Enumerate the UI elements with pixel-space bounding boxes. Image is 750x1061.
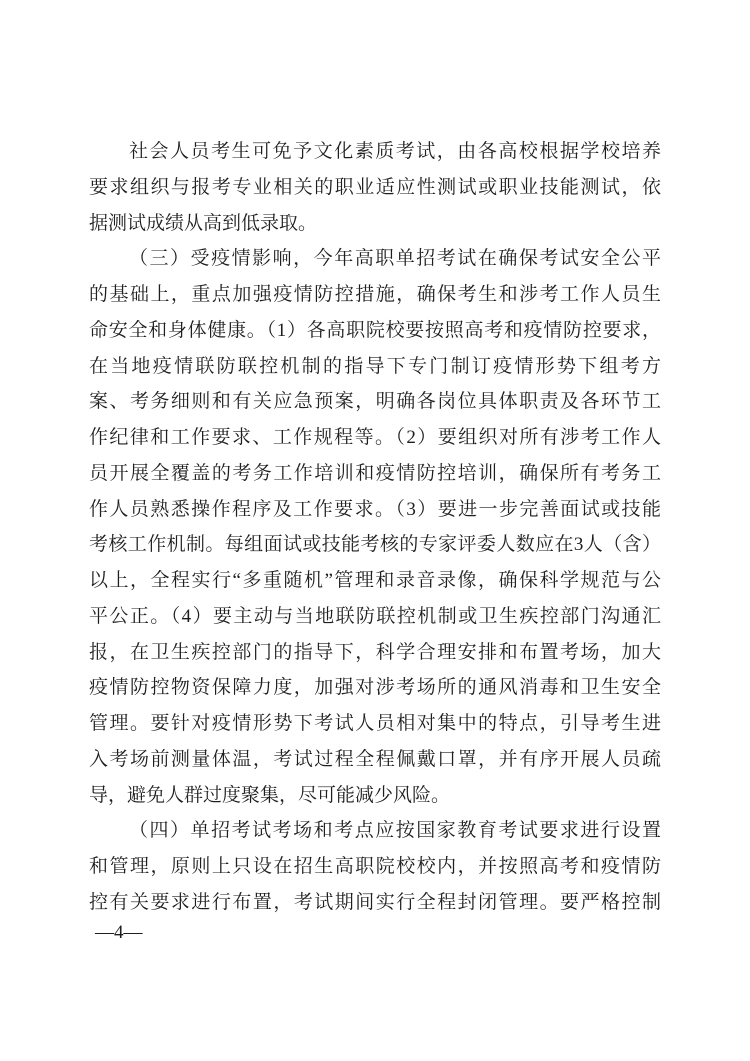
paragraph-item-four-venues: （四）单招考试考场和考点应按国家教育考试要求进行设置 和管理，原则上只设在招生高… (89, 813, 661, 920)
document-page: 社会人员考生可免予文化素质考试，由各高校根据学校培养 要求组织与报考专业相关的职… (0, 0, 750, 1061)
text-line: （三）受疫情影响，今年高职单招考试在确保考试安全公平 (89, 241, 661, 277)
text-line: 报，在卫生疾控部门的指导下，科学合理安排和布置考场，加大 (89, 635, 661, 671)
paragraph-item-three-epidemic: （三）受疫情影响，今年高职单招考试在确保考试安全公平 的基础上，重点加强疫情防控… (89, 241, 661, 813)
paragraph-social-candidates: 社会人员考生可免予文化素质考试，由各高校根据学校培养 要求组织与报考专业相关的职… (89, 134, 661, 241)
text-line: 据测试成绩从高到低录取。 (89, 206, 661, 242)
text-line: 疫情防控物资保障力度，加强对涉考场所的通风消毒和卫生安全 (89, 670, 661, 706)
text-line: 社会人员考生可免予文化素质考试，由各高校根据学校培养 (89, 134, 661, 170)
text-line: 作纪律和工作要求、工作规程等。（2）要组织对所有涉考工作人 (89, 420, 661, 456)
text-line: 作人员熟悉操作程序及工作要求。（3）要进一步完善面试或技能 (89, 492, 661, 528)
text-line: 案、考务细则和有关应急预案，明确各岗位具体职责及各环节工 (89, 384, 661, 420)
text-line: 平公正。（4）要主动与当地联防联控机制或卫生疾控部门沟通汇 (89, 599, 661, 635)
text-line: 以上，全程实行“多重随机”管理和录音录像，确保科学规范与公 (89, 563, 661, 599)
text-line: 命安全和身体健康。（1）各高职院校要按照高考和疫情防控要求， (89, 313, 661, 349)
text-line: 考核工作机制。每组面试或技能考核的专家评委人数应在3人（含） (89, 527, 661, 563)
text-line: （四）单招考试考场和考点应按国家教育考试要求进行设置 (89, 813, 661, 849)
text-line: 入考场前测量体温，考试过程全程佩戴口罩，并有序开展人员疏 (89, 742, 661, 778)
text-line: 要求组织与报考专业相关的职业适应性测试或职业技能测试，依 (89, 170, 661, 206)
text-line: 管理。要针对疫情形势下考试人员相对集中的特点，引导考生进 (89, 706, 661, 742)
text-line: 和管理，原则上只设在招生高职院校校内，并按照高考和疫情防 (89, 849, 661, 885)
text-line: 在当地疫情联防联控机制的指导下专门制订疫情形势下组考方 (89, 349, 661, 385)
document-body: 社会人员考生可免予文化素质考试，由各高校根据学校培养 要求组织与报考专业相关的职… (89, 134, 661, 921)
text-line: 员开展全覆盖的考务工作培训和疫情防控培训，确保所有考务工 (89, 456, 661, 492)
text-line: 控有关要求进行布置，考试期间实行全程封闭管理。要严格控制 (89, 885, 661, 921)
page-number: —4— (95, 918, 143, 948)
text-line: 的基础上，重点加强疫情防控措施，确保考生和涉考工作人员生 (89, 277, 661, 313)
text-line: 导，避免人群过度聚集，尽可能减少风险。 (89, 778, 661, 814)
